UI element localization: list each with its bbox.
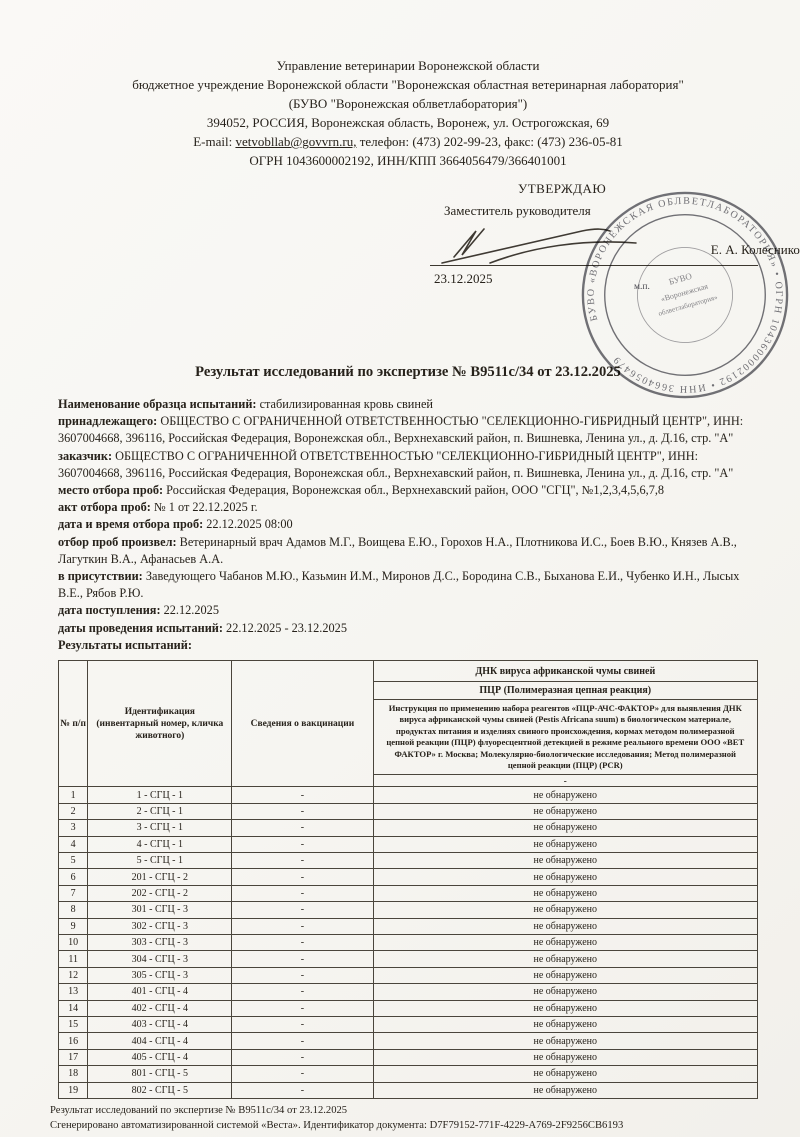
stamp-center-line: облветлаборатория» bbox=[657, 293, 718, 318]
detail-label: Наименование образца испытаний: bbox=[58, 397, 260, 411]
detail-line: Наименование образца испытаний: стабилиз… bbox=[58, 396, 758, 413]
cell-row-number: 17 bbox=[59, 1049, 88, 1065]
detail-value: 22.12.2025 08:00 bbox=[206, 517, 292, 531]
cell-vaccination: - bbox=[232, 984, 373, 1000]
cell-row-number: 8 bbox=[59, 902, 88, 918]
results-table: № п/п Идентификация (инвентарный номер, … bbox=[58, 660, 758, 1099]
cell-result: не обнаружено bbox=[373, 1033, 757, 1049]
cell-vaccination: - bbox=[232, 1066, 373, 1082]
detail-label: Результаты испытаний: bbox=[58, 638, 192, 652]
letterhead-contact-line: E-mail: vetvobllab@govvrn.ru, телефон: (… bbox=[58, 132, 758, 151]
cell-vaccination: - bbox=[232, 902, 373, 918]
cell-result: не обнаружено bbox=[373, 935, 757, 951]
cell-row-number: 11 bbox=[59, 951, 88, 967]
table-row: 8 301 - СГЦ - 3 - не обнаружено bbox=[59, 902, 758, 918]
cell-result: не обнаружено bbox=[373, 869, 757, 885]
cell-sample-id: 405 - СГЦ - 4 bbox=[88, 1049, 232, 1065]
cell-sample-id: 802 - СГЦ - 5 bbox=[88, 1082, 232, 1098]
letterhead-line-institution: бюджетное учреждение Воронежской области… bbox=[58, 75, 758, 94]
cell-row-number: 15 bbox=[59, 1016, 88, 1032]
table-row: 15 403 - СГЦ - 4 - не обнаружено bbox=[59, 1016, 758, 1032]
table-row: 11 304 - СГЦ - 3 - не обнаружено bbox=[59, 951, 758, 967]
scanned-document-page: Управление ветеринарии Воронежской облас… bbox=[0, 0, 800, 1137]
cell-sample-id: 301 - СГЦ - 3 bbox=[88, 902, 232, 918]
cell-row-number: 1 bbox=[59, 787, 88, 803]
cell-sample-id: 302 - СГЦ - 3 bbox=[88, 918, 232, 934]
column-header-method-description: Инструкция по применению набора реагенто… bbox=[373, 700, 757, 775]
column-header-dna-group: ДНК вируса африканской чумы свиней bbox=[373, 661, 757, 682]
cell-sample-id: 3 - СГЦ - 1 bbox=[88, 820, 232, 836]
cell-vaccination: - bbox=[232, 853, 373, 869]
cell-result: не обнаружено bbox=[373, 918, 757, 934]
cell-sample-id: 5 - СГЦ - 1 bbox=[88, 853, 232, 869]
cell-sample-id: 402 - СГЦ - 4 bbox=[88, 1000, 232, 1016]
stamp-place-label: м.п. bbox=[634, 282, 650, 292]
cell-sample-id: 304 - СГЦ - 3 bbox=[88, 951, 232, 967]
detail-value: ОБЩЕСТВО С ОГРАНИЧЕННОЙ ОТВЕТСТВЕННОСТЬЮ… bbox=[58, 449, 733, 480]
cell-row-number: 12 bbox=[59, 967, 88, 983]
results-table-body: 1 1 - СГЦ - 1 - не обнаружено 2 2 - СГЦ … bbox=[59, 787, 758, 1098]
handwritten-signature bbox=[432, 221, 642, 265]
approver-name: Е. А. Колесников bbox=[711, 241, 800, 258]
cell-sample-id: 404 - СГЦ - 4 bbox=[88, 1033, 232, 1049]
cell-vaccination: - bbox=[232, 1000, 373, 1016]
signature-line: Е. А. Колесников bbox=[430, 219, 758, 266]
table-row: 6 201 - СГЦ - 2 - не обнаружено bbox=[59, 869, 758, 885]
detail-label: акт отбора проб: bbox=[58, 500, 154, 514]
cell-result: не обнаружено bbox=[373, 853, 757, 869]
table-row: 9 302 - СГЦ - 3 - не обнаружено bbox=[59, 918, 758, 934]
document-footer: Результат исследований по экспертизе № В… bbox=[50, 1103, 758, 1133]
letterhead-line-authority: Управление ветеринарии Воронежской облас… bbox=[58, 56, 758, 75]
cell-result: не обнаружено bbox=[373, 1066, 757, 1082]
footer-expertise-line: Результат исследований по экспертизе № В… bbox=[50, 1103, 758, 1118]
table-row: 12 305 - СГЦ - 3 - не обнаружено bbox=[59, 967, 758, 983]
cell-row-number: 18 bbox=[59, 1066, 88, 1082]
cell-vaccination: - bbox=[232, 820, 373, 836]
column-header-dash: - bbox=[373, 775, 757, 787]
approval-text: УТВЕРЖДАЮ Заместитель руководителя Е. А.… bbox=[430, 180, 758, 287]
table-row: 19 802 - СГЦ - 5 - не обнаружено bbox=[59, 1082, 758, 1098]
cell-sample-id: 401 - СГЦ - 4 bbox=[88, 984, 232, 1000]
column-header-number: № п/п bbox=[59, 661, 88, 787]
table-row: 10 303 - СГЦ - 3 - не обнаружено bbox=[59, 935, 758, 951]
detail-line: Результаты испытаний: bbox=[58, 637, 758, 654]
detail-line: дата поступления: 22.12.2025 bbox=[58, 602, 758, 619]
cell-row-number: 7 bbox=[59, 885, 88, 901]
cell-sample-id: 2 - СГЦ - 1 bbox=[88, 803, 232, 819]
cell-row-number: 4 bbox=[59, 836, 88, 852]
letterhead-line-ogrn: ОГРН 1043600002192, ИНН/КПП 3664056479/3… bbox=[58, 151, 758, 170]
detail-label: даты проведения испытаний: bbox=[58, 621, 226, 635]
cell-result: не обнаружено bbox=[373, 1049, 757, 1065]
cell-sample-id: 201 - СГЦ - 2 bbox=[88, 869, 232, 885]
detail-value: стабилизированная кровь свиней bbox=[260, 397, 433, 411]
detail-label: заказчик: bbox=[58, 449, 115, 463]
email-label: E-mail: bbox=[193, 134, 232, 149]
results-table-header: № п/п Идентификация (инвентарный номер, … bbox=[59, 661, 758, 787]
detail-line: даты проведения испытаний: 22.12.2025 - … bbox=[58, 620, 758, 637]
detail-line: заказчик: ОБЩЕСТВО С ОГРАНИЧЕННОЙ ОТВЕТС… bbox=[58, 448, 758, 482]
cell-vaccination: - bbox=[232, 885, 373, 901]
letterhead-line-short-name: (БУВО "Воронежская облветлаборатория") bbox=[58, 94, 758, 113]
detail-label: место отбора проб: bbox=[58, 483, 166, 497]
cell-result: не обнаружено bbox=[373, 787, 757, 803]
cell-vaccination: - bbox=[232, 1082, 373, 1098]
detail-line: акт отбора проб: № 1 от 22.12.2025 г. bbox=[58, 499, 758, 516]
cell-result: не обнаружено bbox=[373, 902, 757, 918]
detail-label: дата поступления: bbox=[58, 603, 164, 617]
footer-generated-line: Сгенерировано автоматизированной системо… bbox=[50, 1118, 758, 1133]
table-row: 5 5 - СГЦ - 1 - не обнаружено bbox=[59, 853, 758, 869]
detail-value: 22.12.2025 bbox=[164, 603, 219, 617]
cell-sample-id: 4 - СГЦ - 1 bbox=[88, 836, 232, 852]
cell-row-number: 14 bbox=[59, 1000, 88, 1016]
column-header-vaccination: Сведения о вакцинации bbox=[232, 661, 373, 787]
table-row: 3 3 - СГЦ - 1 - не обнаружено bbox=[59, 820, 758, 836]
detail-line: принадлежащего: ОБЩЕСТВО С ОГРАНИЧЕННОЙ … bbox=[58, 413, 758, 447]
cell-row-number: 10 bbox=[59, 935, 88, 951]
cell-sample-id: 303 - СГЦ - 3 bbox=[88, 935, 232, 951]
cell-result: не обнаружено bbox=[373, 951, 757, 967]
cell-result: не обнаружено bbox=[373, 836, 757, 852]
table-row: 17 405 - СГЦ - 4 - не обнаружено bbox=[59, 1049, 758, 1065]
detail-line: в присутствии: Заведующего Чабанов М.Ю.,… bbox=[58, 568, 758, 602]
cell-sample-id: 202 - СГЦ - 2 bbox=[88, 885, 232, 901]
table-row: 7 202 - СГЦ - 2 - не обнаружено bbox=[59, 885, 758, 901]
cell-vaccination: - bbox=[232, 836, 373, 852]
cell-vaccination: - bbox=[232, 935, 373, 951]
details-list: Наименование образца испытаний: стабилиз… bbox=[58, 396, 758, 654]
cell-row-number: 6 bbox=[59, 869, 88, 885]
cell-vaccination: - bbox=[232, 1033, 373, 1049]
cell-sample-id: 1 - СГЦ - 1 bbox=[88, 787, 232, 803]
detail-label: в присутствии: bbox=[58, 569, 146, 583]
cell-vaccination: - bbox=[232, 803, 373, 819]
cell-row-number: 2 bbox=[59, 803, 88, 819]
column-header-pcr: ПЦР (Полимеразная цепная реакция) bbox=[373, 682, 757, 700]
approval-date: 23.12.2025 bbox=[434, 270, 758, 287]
cell-vaccination: - bbox=[232, 869, 373, 885]
cell-row-number: 13 bbox=[59, 984, 88, 1000]
letterhead-line-address: 394052, РОССИЯ, Воронежская область, Вор… bbox=[58, 113, 758, 132]
cell-sample-id: 403 - СГЦ - 4 bbox=[88, 1016, 232, 1032]
cell-result: не обнаружено bbox=[373, 1000, 757, 1016]
table-row: 4 4 - СГЦ - 1 - не обнаружено bbox=[59, 836, 758, 852]
cell-row-number: 5 bbox=[59, 853, 88, 869]
approve-word: УТВЕРЖДАЮ bbox=[518, 180, 758, 197]
table-row: 1 1 - СГЦ - 1 - не обнаружено bbox=[59, 787, 758, 803]
detail-line: место отбора проб: Российская Федерация,… bbox=[58, 482, 758, 499]
approver-position: Заместитель руководителя bbox=[444, 202, 758, 219]
table-row: 2 2 - СГЦ - 1 - не обнаружено bbox=[59, 803, 758, 819]
detail-line: отбор проб произвел: Ветеринарный врач А… bbox=[58, 534, 758, 568]
detail-value: ОБЩЕСТВО С ОГРАНИЧЕННОЙ ОТВЕТСТВЕННОСТЬЮ… bbox=[58, 414, 743, 445]
table-row: 13 401 - СГЦ - 4 - не обнаружено bbox=[59, 984, 758, 1000]
cell-result: не обнаружено bbox=[373, 885, 757, 901]
table-row: 18 801 - СГЦ - 5 - не обнаружено bbox=[59, 1066, 758, 1082]
cell-vaccination: - bbox=[232, 967, 373, 983]
detail-value: Заведующего Чабанов М.Ю., Казьмин И.М., … bbox=[58, 569, 739, 600]
detail-line: дата и время отбора проб: 22.12.2025 08:… bbox=[58, 516, 758, 533]
cell-vaccination: - bbox=[232, 1049, 373, 1065]
cell-vaccination: - bbox=[232, 951, 373, 967]
cell-row-number: 3 bbox=[59, 820, 88, 836]
cell-result: не обнаружено bbox=[373, 1016, 757, 1032]
cell-vaccination: - bbox=[232, 1016, 373, 1032]
cell-vaccination: - bbox=[232, 918, 373, 934]
letterhead: Управление ветеринарии Воронежской облас… bbox=[58, 56, 758, 170]
table-row: 14 402 - СГЦ - 4 - не обнаружено bbox=[59, 1000, 758, 1016]
detail-value: 22.12.2025 - 23.12.2025 bbox=[226, 621, 347, 635]
table-row: 16 404 - СГЦ - 4 - не обнаружено bbox=[59, 1033, 758, 1049]
detail-value: № 1 от 22.12.2025 г. bbox=[154, 500, 258, 514]
detail-label: отбор проб произвел: bbox=[58, 535, 180, 549]
cell-row-number: 16 bbox=[59, 1033, 88, 1049]
cell-result: не обнаружено bbox=[373, 803, 757, 819]
phone-fax: телефон: (473) 202-99-23, факс: (473) 23… bbox=[360, 134, 623, 149]
detail-label: принадлежащего: bbox=[58, 414, 160, 428]
page-title: Результат исследований по экспертизе № В… bbox=[58, 364, 758, 381]
cell-result: не обнаружено bbox=[373, 820, 757, 836]
cell-result: не обнаружено bbox=[373, 984, 757, 1000]
cell-row-number: 9 bbox=[59, 918, 88, 934]
cell-sample-id: 305 - СГЦ - 3 bbox=[88, 967, 232, 983]
cell-result: не обнаружено bbox=[373, 1082, 757, 1098]
cell-sample-id: 801 - СГЦ - 5 bbox=[88, 1066, 232, 1082]
detail-label: дата и время отбора проб: bbox=[58, 517, 206, 531]
cell-row-number: 19 bbox=[59, 1082, 88, 1098]
cell-vaccination: - bbox=[232, 787, 373, 803]
approval-block: УТВЕРЖДАЮ Заместитель руководителя Е. А.… bbox=[58, 178, 758, 354]
detail-value: Российская Федерация, Воронежская обл., … bbox=[166, 483, 664, 497]
column-header-identification: Идентификация (инвентарный номер, кличка… bbox=[88, 661, 232, 787]
cell-result: не обнаружено bbox=[373, 967, 757, 983]
email-address: vetvobllab@govvrn.ru, bbox=[235, 134, 356, 149]
